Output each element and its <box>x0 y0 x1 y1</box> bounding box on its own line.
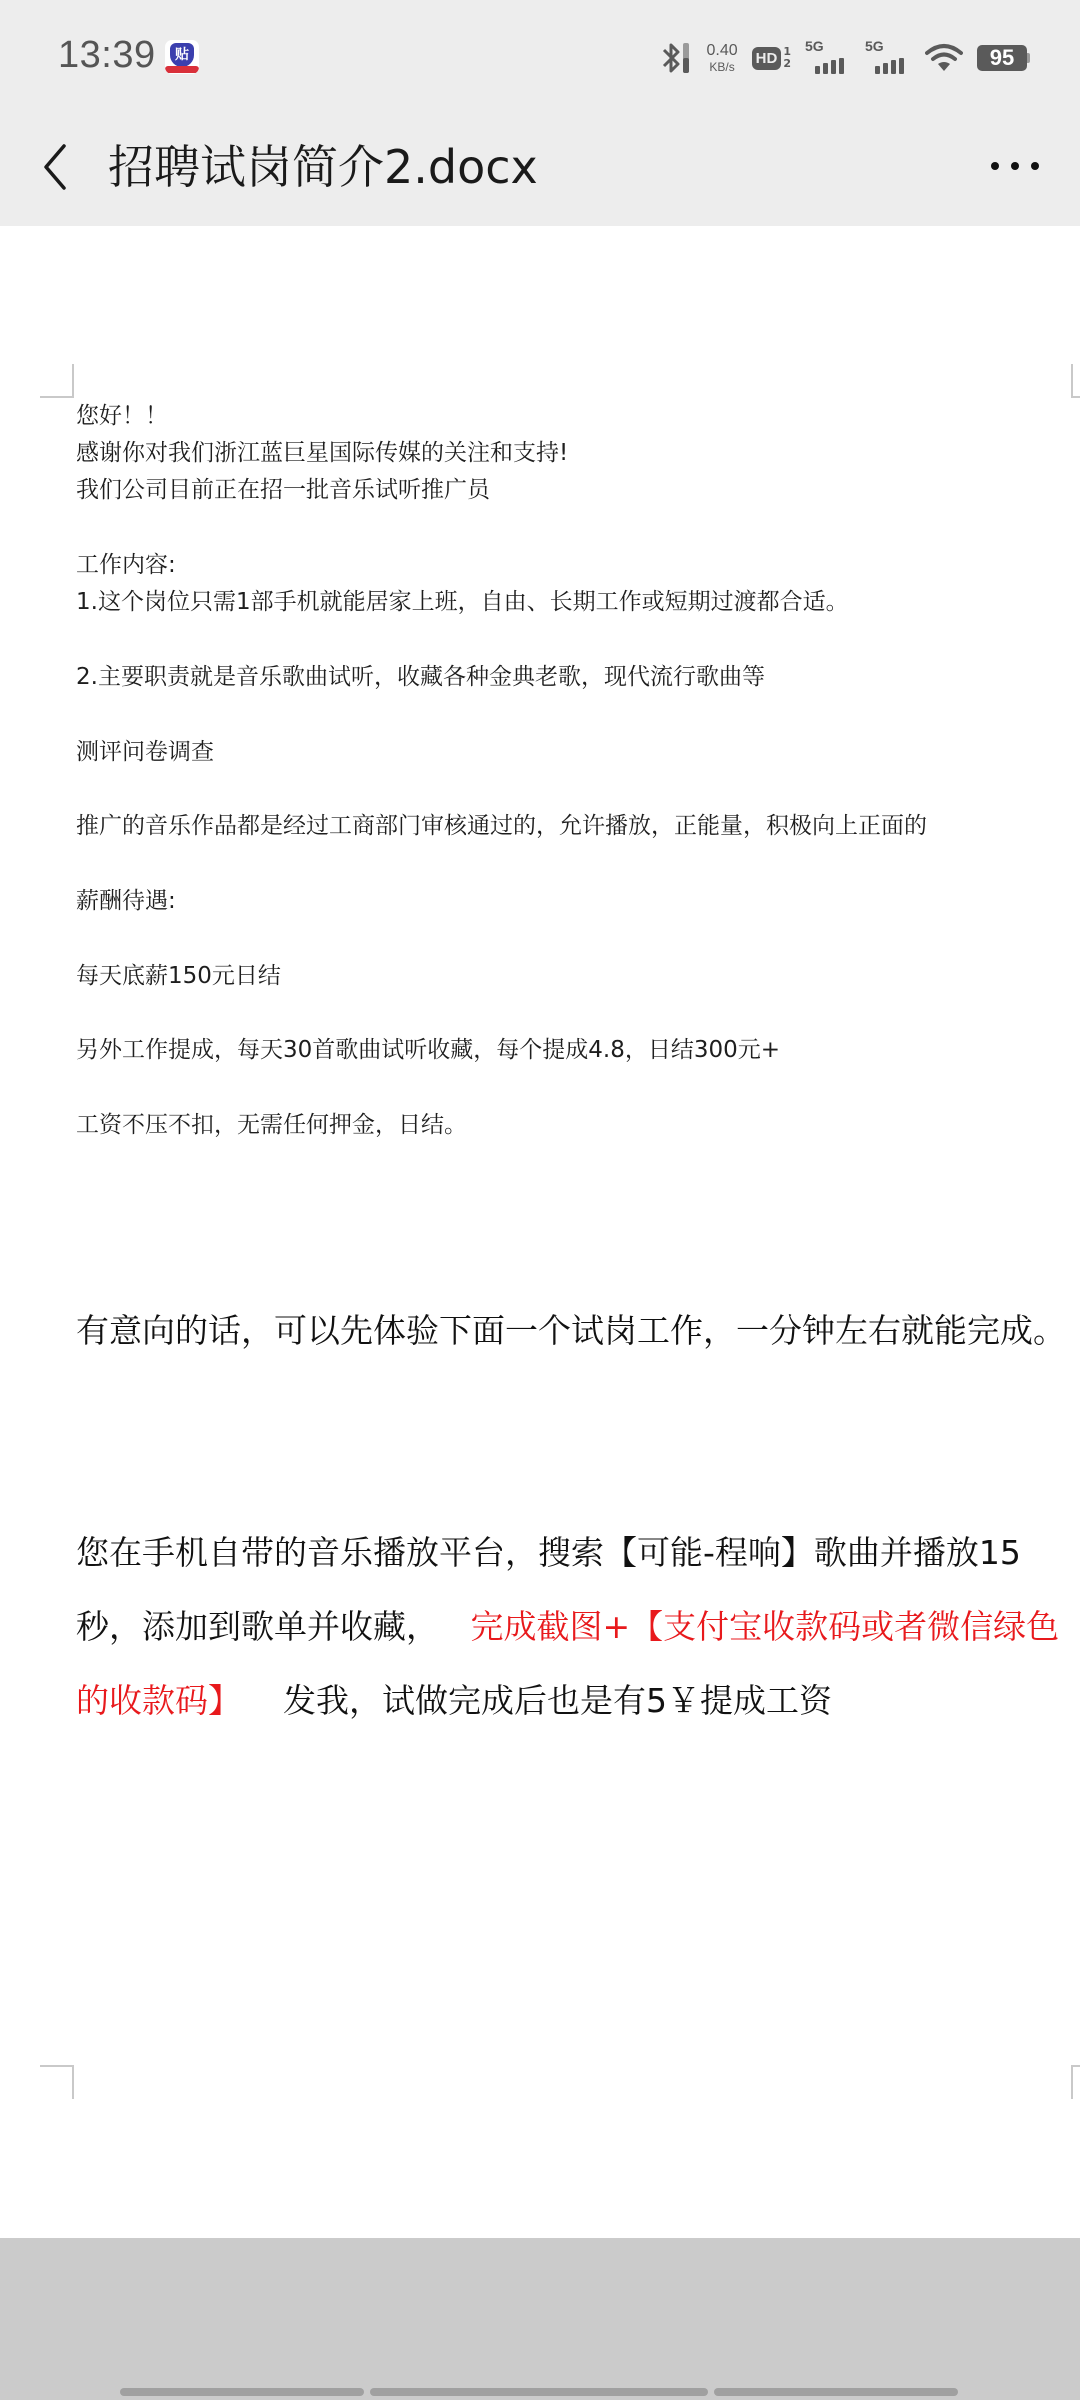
work-item-2: 2.主要职责就是音乐歌曲试听，收藏各种金典老歌，现代流行歌曲等 <box>76 659 765 696</box>
app-bar: 招聘试岗简介2.docx <box>0 116 1080 226</box>
work-item-1: 1.这个岗位只需1部手机就能居家上班，自由、长期工作或短期过渡都合适。 <box>76 584 849 621</box>
greeting: 您好！！ <box>76 398 168 435</box>
network-speed: 0.40 KB/s <box>707 43 738 73</box>
no-deposit-line: 工资不压不扣，无需任何押金，日结。 <box>76 1107 467 1144</box>
document-viewer[interactable]: 您好！！ 感谢你对我们浙江蓝巨星国际传媒的关注和支持! 我们公司目前正在招一批音… <box>0 226 1080 2236</box>
trial-task: 您在手机自带的音乐播放平台，搜索【可能-程响】歌曲并播放15秒，添加到歌单并收藏… <box>76 1516 1076 1738</box>
battery-icon: 95 <box>977 45 1030 71</box>
page-margin-corner <box>1071 364 1080 398</box>
document-title: 招聘试岗简介2.docx <box>108 134 538 200</box>
wifi-icon <box>925 43 963 73</box>
page-gap-area <box>0 2238 1080 2400</box>
page-margin-corner <box>1071 2065 1080 2099</box>
status-bar: 13:39 贴 0.40 KB/s HD 12 5G 5G <box>0 0 1080 116</box>
page-margin-corner <box>40 2065 74 2099</box>
more-options-button[interactable] <box>980 136 1050 196</box>
commission-line: 另外工作提成，每天30首歌曲试听收藏，每个提成4.8，日结300元+ <box>76 1032 780 1069</box>
scroll-indicator[interactable] <box>120 2388 960 2396</box>
sim2-signal-icon: 5G <box>865 40 911 76</box>
page-margin-corner <box>40 364 74 398</box>
tieba-notification-icon: 贴 <box>165 40 199 74</box>
survey-line: 测评问卷调查 <box>76 734 214 771</box>
salary-heading: 薪酬待遇: <box>76 883 176 920</box>
hd-volte-icon: HD 12 <box>752 46 791 70</box>
thanks-line: 感谢你对我们浙江蓝巨星国际传媒的关注和支持! <box>76 435 568 472</box>
chevron-left-icon <box>40 142 70 192</box>
status-time: 13:39 <box>58 34 156 77</box>
trial-task-reward: 发我，试做完成后也是有5￥提成工资 <box>283 1681 832 1720</box>
bluetooth-icon <box>659 40 693 76</box>
work-content-heading: 工作内容: <box>76 547 176 584</box>
recruiting-line: 我们公司目前正在招一批音乐试听推广员 <box>76 472 490 509</box>
status-icons: 0.40 KB/s HD 12 5G 5G 95 <box>659 40 1030 76</box>
back-button[interactable] <box>30 134 80 200</box>
approval-note: 推广的音乐作品都是经过工商部门审核通过的，允许播放，正能量，积极向上正面的 <box>76 808 927 845</box>
trial-intro: 有意向的话，可以先体验下面一个试岗工作，一分钟左右就能完成。 <box>76 1294 1076 1368</box>
more-horizontal-icon <box>991 162 999 170</box>
base-salary: 每天底薪150元日结 <box>76 958 281 995</box>
sim1-signal-icon: 5G <box>805 40 851 76</box>
